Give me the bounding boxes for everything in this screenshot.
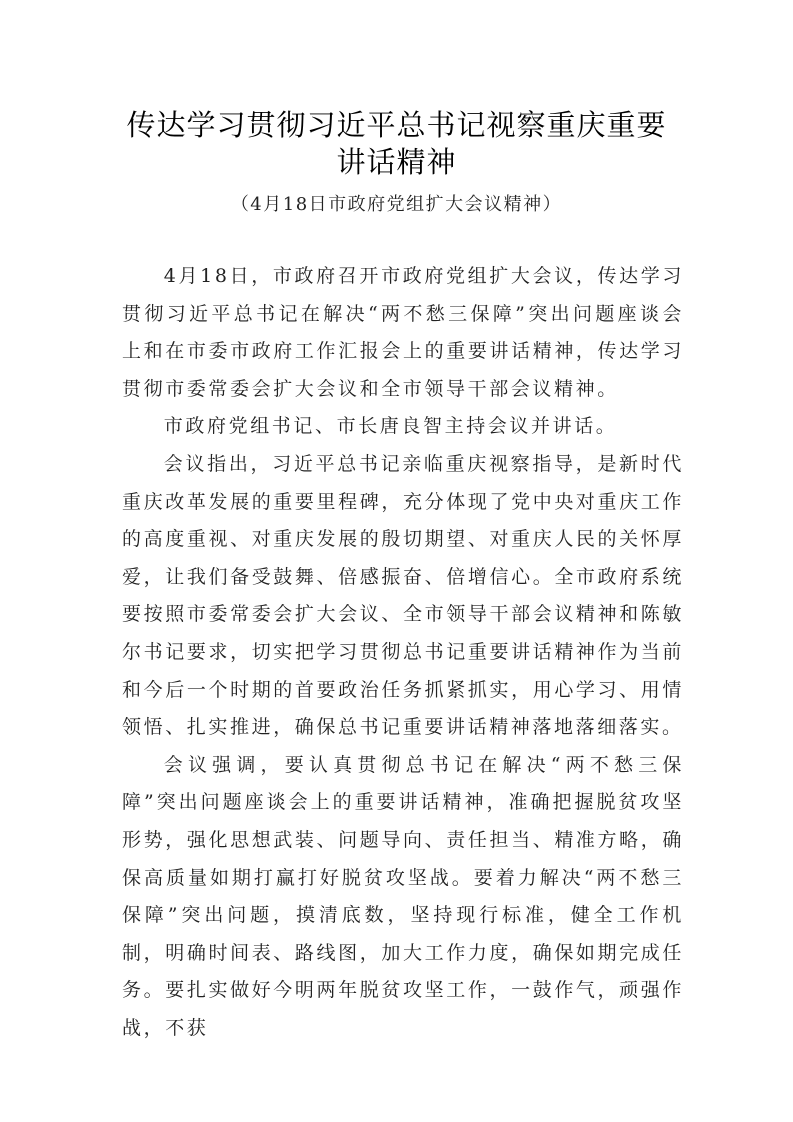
paragraph: 市政府党组书记、市长唐良智主持会议并讲话。 [122,408,684,446]
paragraph: 4月18日，市政府召开市政府党组扩大会议，传达学习贯彻习近平总书记在解决“两不愁… [122,258,684,408]
paragraph: 会议指出，习近平总书记亲临重庆视察指导，是新时代重庆改革发展的重要里程碑，充分体… [122,446,684,747]
document-page: 传达学习贯彻习近平总书记视察重庆重要 讲话精神 （4月18日市政府党组扩大会议精… [0,0,793,1122]
document-title-line-2: 讲话精神 [0,140,793,181]
paragraph: 会议强调，要认真贯彻总书记在解决“两不愁三保障”突出问题座谈会上的重要讲话精神，… [122,747,684,1048]
document-subtitle: （4月18日市政府党组扩大会议精神） [0,190,793,216]
document-body: 4月18日，市政府召开市政府党组扩大会议，传达学习贯彻习近平总书记在解决“两不愁… [122,258,684,1047]
document-title-line-1: 传达学习贯彻习近平总书记视察重庆重要 [0,103,793,144]
